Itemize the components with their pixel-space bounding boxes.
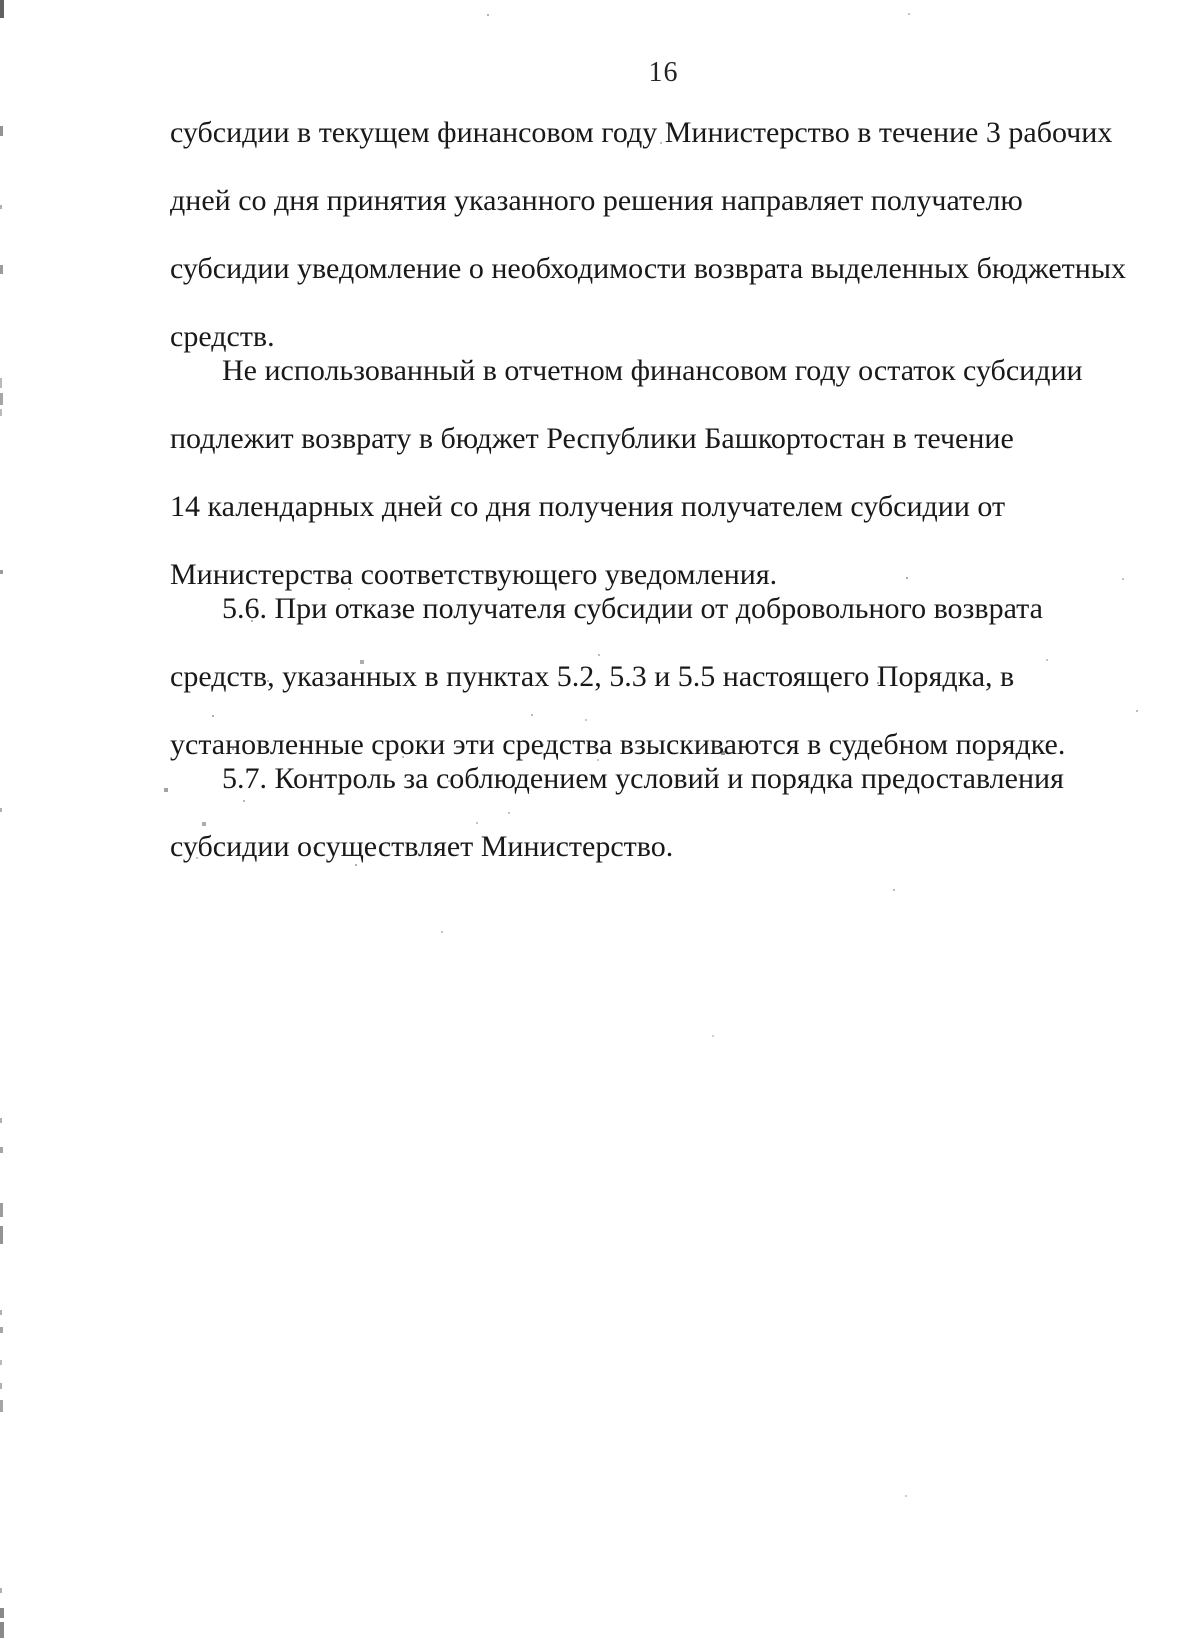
scan-artifact — [0, 393, 3, 405]
scan-artifact — [0, 205, 2, 209]
paragraph: Не использованный в отчетном финансовом … — [170, 354, 1157, 592]
text-line: установленные сроки эти средства взыскив… — [170, 728, 1065, 761]
scan-artifact — [0, 1118, 2, 1123]
page-number: 16 — [170, 57, 1157, 89]
scan-artifact — [0, 1327, 3, 1333]
text-line: Не использованный в отчетном финансовом … — [170, 354, 1157, 421]
scan-artifact — [0, 1608, 4, 1618]
text-line: дней со дня принятия указанного решения … — [170, 184, 1157, 251]
paragraph: 5.6. При отказе получателя субсидии от д… — [170, 592, 1157, 762]
scan-artifact — [0, 378, 2, 388]
scan-artifact — [0, 265, 3, 274]
text-line: 14 календарных дней со дня получения пол… — [170, 490, 1157, 557]
scan-artifact — [0, 1147, 3, 1153]
paragraph: субсидии в текущем финансовом году Минис… — [170, 116, 1157, 354]
text-line: субсидии уведомление о необходимости воз… — [170, 252, 1157, 319]
scan-artifact — [0, 570, 3, 574]
text-line: Министерства соответствующего уведомлени… — [170, 558, 777, 591]
scan-artifact — [0, 1588, 2, 1593]
paragraph: 5.7. Контроль за соблюдением условий и п… — [170, 762, 1157, 864]
scan-artifact — [0, 1203, 3, 1217]
text-line: средств. — [170, 320, 275, 353]
document-body: субсидии в текущем финансовом году Минис… — [170, 116, 1157, 864]
scan-artifact — [0, 1310, 2, 1315]
text-line: 5.6. При отказе получателя субсидии от д… — [170, 592, 1157, 659]
scan-artifact — [0, 1360, 2, 1365]
scan-artifact — [0, 1226, 3, 1244]
scan-artifact — [0, 126, 3, 136]
text-line: подлежит возврату в бюджет Республики Ба… — [170, 422, 1157, 489]
text-line: субсидии в текущем финансовом году Минис… — [170, 116, 1157, 183]
scanned-document-page: 16 субсидии в текущем финансовом году Ми… — [0, 0, 1200, 1640]
scan-artifact — [0, 1383, 2, 1389]
scan-artifact — [0, 1400, 3, 1412]
text-line: средств, указанных в пунктах 5.2, 5.3 и … — [170, 660, 1157, 727]
scan-artifact — [0, 0, 4, 18]
scan-noise-specks — [0, 0, 2, 2]
text-line: субсидии осуществляет Министерство. — [170, 830, 673, 863]
scan-artifact — [0, 808, 2, 812]
text-line: 5.7. Контроль за соблюдением условий и п… — [170, 762, 1157, 829]
scan-artifact — [0, 1622, 4, 1638]
scan-artifact — [0, 409, 2, 416]
